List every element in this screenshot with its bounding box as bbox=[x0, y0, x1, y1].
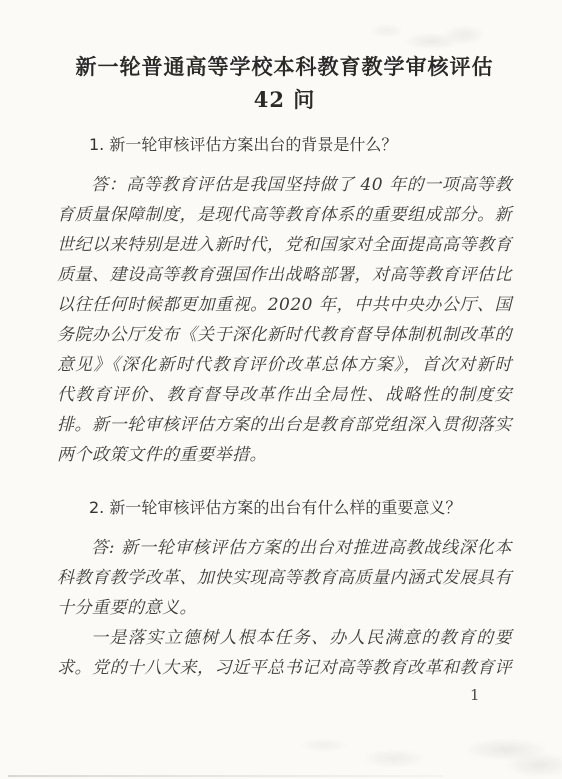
question-1-heading: 1. 新一轮审核评估方案出台的背景是什么？ bbox=[57, 133, 512, 157]
scan-artifact-bottom bbox=[282, 732, 562, 776]
page-content: 新一轮普通高等学校本科教育教学审核评估 42 问 1. 新一轮审核评估方案出台的… bbox=[57, 0, 512, 683]
answer-2-paragraph-2: 一是落实立德树人根本任务、办人民满意的教育的要求。党的十八大来，习近平总书记对高… bbox=[57, 623, 512, 683]
qa-block-1: 1. 新一轮审核评估方案出台的背景是什么？ 答：高等教育评估是我国坚持做了 40… bbox=[57, 133, 512, 470]
document-page: 新一轮普通高等学校本科教育教学审核评估 42 问 1. 新一轮审核评估方案出台的… bbox=[0, 0, 562, 779]
answer-2-paragraph-1: 答: 新一轮审核评估方案的出台对推进高教战线深化本科教育教学改革、加快实现高等教… bbox=[57, 533, 512, 623]
document-title-line2: 42 问 bbox=[57, 83, 512, 116]
page-number: 1 bbox=[470, 686, 480, 704]
question-2-heading: 2. 新一轮审核评估方案的出台有什么样的重要意义？ bbox=[57, 496, 512, 520]
qa-block-2: 2. 新一轮审核评估方案的出台有什么样的重要意义？ 答: 新一轮审核评估方案的出… bbox=[57, 496, 512, 683]
scan-edge-line bbox=[8, 775, 443, 777]
document-title: 新一轮普通高等学校本科教育教学审核评估 42 问 bbox=[57, 0, 512, 116]
answer-1-paragraph-1: 答：高等教育评估是我国坚持做了 40 年的一项高等教育质量保障制度，是现代高等教… bbox=[57, 170, 512, 470]
document-title-line1: 新一轮普通高等学校本科教育教学审核评估 bbox=[57, 50, 512, 83]
